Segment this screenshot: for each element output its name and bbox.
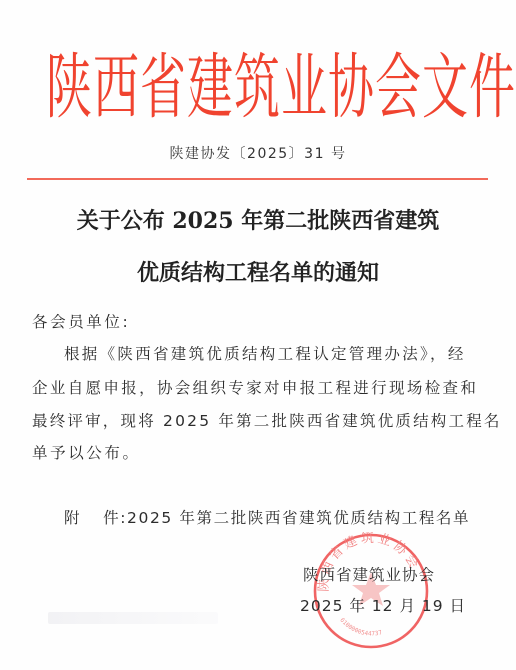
header-char: 协 — [328, 20, 375, 153]
header-char: 会 — [375, 20, 422, 153]
header-char: 筑 — [234, 20, 281, 153]
salutation: 各会员单位: — [32, 310, 130, 332]
header-char: 文 — [422, 20, 469, 153]
attachment-label-2: 件: — [103, 509, 127, 527]
faded-scan-artifact — [48, 612, 218, 624]
body-line: 单予以公布。 — [32, 441, 141, 463]
attachment-label-1: 附 — [64, 509, 81, 527]
header-char: 建 — [187, 20, 234, 153]
body-line: 根据《陕西省建筑优质结构工程认定管理办法》，经 — [64, 342, 466, 364]
signing-organization: 陕西省建筑业协会 — [303, 563, 435, 585]
header-char: 西 — [93, 20, 140, 153]
header-char: 件 — [469, 20, 516, 153]
header-char: 陕 — [46, 20, 93, 153]
header-char: 业 — [281, 20, 328, 153]
body-line: 最终评审，现将 2025 年第二批陕西省建筑优质结构工程名 — [32, 409, 502, 431]
document-header-title: 陕 西 省 建 筑 业 协 会 文 件 — [46, 20, 470, 153]
official-seal-icon: 陕西省建筑业协会 6100000544737 — [312, 532, 430, 650]
notice-title-line-1: 关于公布 2025 年第二批陕西省建筑 — [0, 204, 516, 235]
header-divider — [27, 178, 488, 180]
svg-text:6100000544737: 6100000544737 — [338, 617, 383, 638]
attachment-name: 2025 年第二批陕西省建筑优质结构工程名单 — [127, 509, 470, 527]
signing-date: 2025 年 12 月 19 日 — [300, 594, 466, 616]
notice-title-line-2: 优质结构工程名单的通知 — [0, 256, 516, 287]
body-line: 企业自愿申报，协会组织专家对申报工程进行现场检查和 — [32, 376, 478, 398]
attachment-line: 附件:2025 年第二批陕西省建筑优质结构工程名单 — [64, 506, 470, 528]
document-page: 陕 西 省 建 筑 业 协 会 文 件 陕建协发〔2025〕31 号 关于公布 … — [0, 0, 516, 670]
header-char: 省 — [140, 20, 187, 153]
document-number: 陕建协发〔2025〕31 号 — [0, 143, 516, 163]
